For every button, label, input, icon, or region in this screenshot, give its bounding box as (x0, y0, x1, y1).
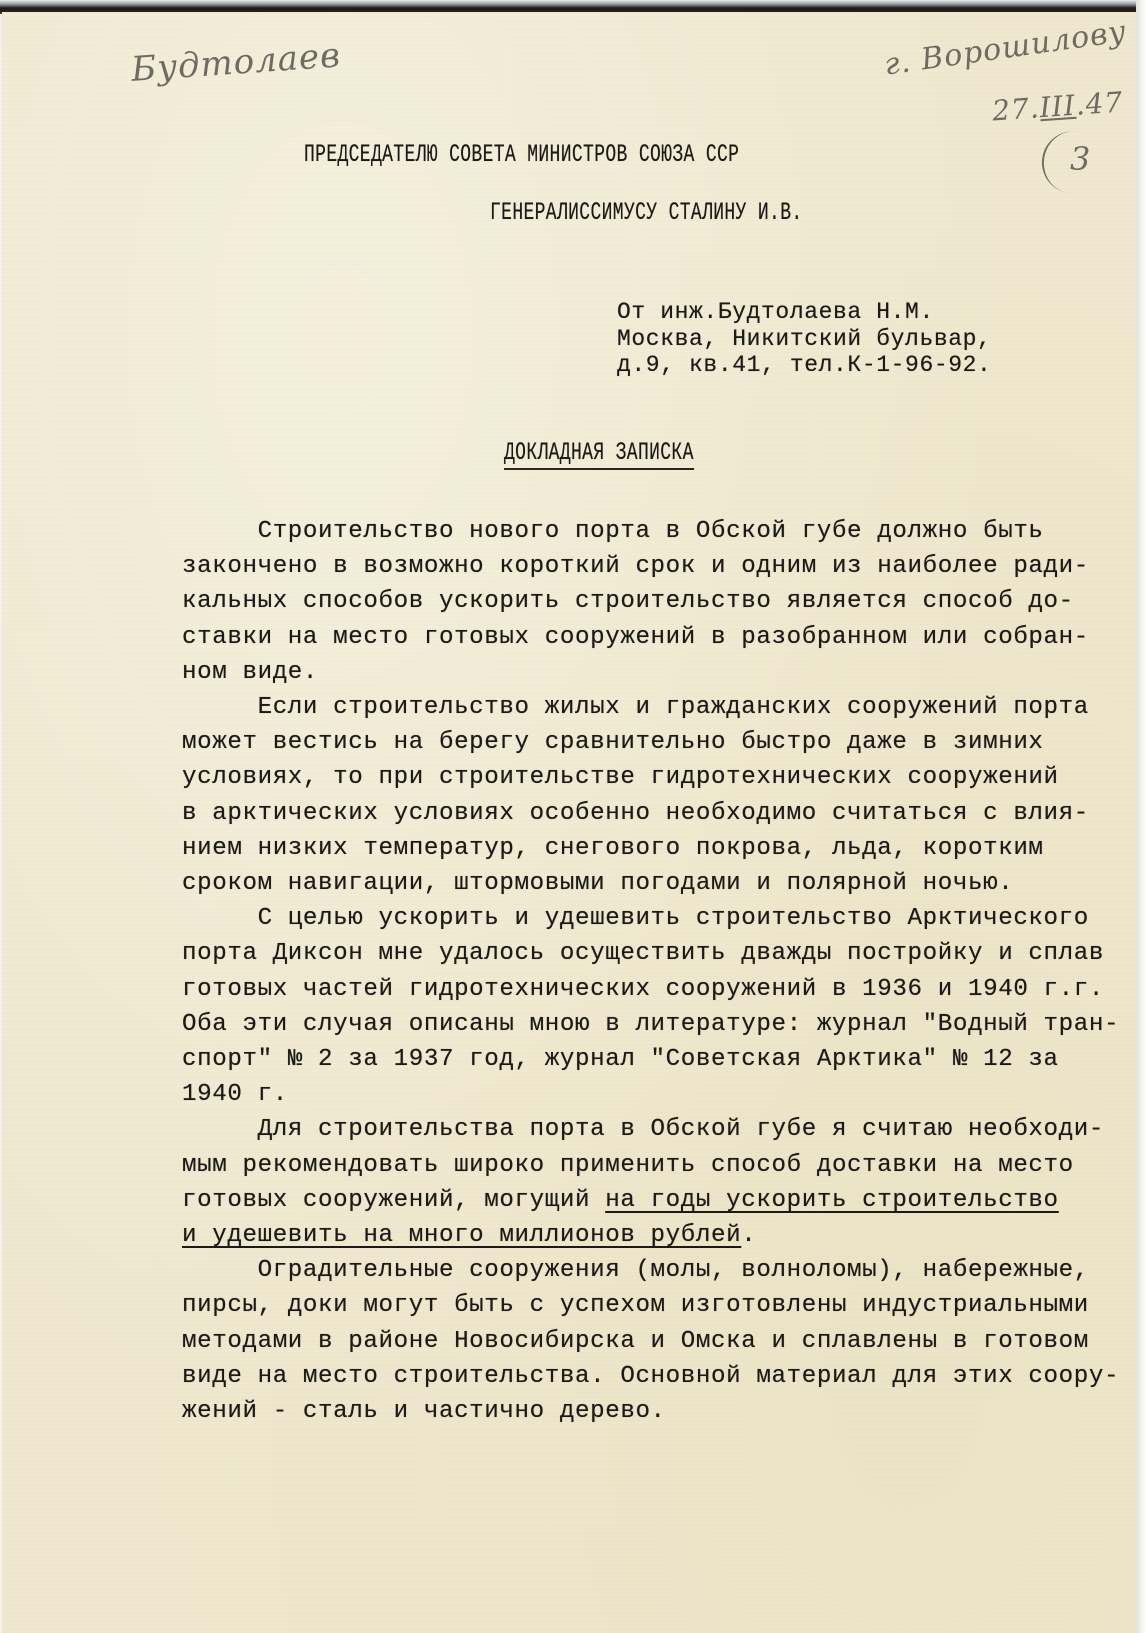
text-run: условиях, то при строительстве гидротехн… (182, 764, 1059, 791)
text-run: пирсы, доки могут быть с успехом изготов… (182, 1292, 1089, 1319)
paper-sheet: Будтолаев г. Ворошилову 27.III.47 3 ПРЕД… (2, 12, 1137, 1633)
text-run: сроком навигации, штормовыми погодами и … (182, 870, 1013, 897)
body-line: Оба эти случая описаны мною в литературе… (182, 1010, 1119, 1040)
body-line: мым рекомендовать широко применить спосо… (182, 1151, 1074, 1181)
text-run: в арктических условиях особенно необходи… (182, 800, 1089, 827)
text-run: готовых сооружений, могущий (182, 1187, 605, 1214)
handwritten-date: 27.III.47 (991, 85, 1124, 127)
body-line: 1940 г. (182, 1080, 288, 1110)
date-year: .47 (1075, 85, 1125, 121)
body-line: ставки на место готовых сооружений в раз… (182, 623, 1089, 653)
text-run: Строительство нового порта в Обской губе… (182, 518, 1044, 545)
addressee-line-2: ГЕНЕРАЛИССИМУСУ СТАЛИНУ И.В. (490, 198, 803, 227)
text-run: виде на место строительства. Основной ма… (182, 1363, 1119, 1390)
body-line: ном виде. (182, 658, 318, 688)
body-line: условиях, то при строительстве гидротехн… (182, 763, 1059, 793)
body-line: порта Диксон мне удалось осуществить два… (182, 939, 1104, 969)
date-day: 27. (991, 91, 1041, 127)
text-run: 1940 г. (182, 1081, 288, 1108)
body-line: сроком навигации, штормовыми погодами и … (182, 869, 1013, 899)
document-scan: Будтолаев г. Ворошилову 27.III.47 3 ПРЕД… (0, 0, 1146, 1633)
body-line: спорт" № 2 за 1937 год, журнал "Советска… (182, 1045, 1059, 1075)
body-line: в арктических условиях особенно необходи… (182, 799, 1089, 829)
text-run: спорт" № 2 за 1937 год, журнал "Советска… (182, 1046, 1059, 1073)
body-line: Строительство нового порта в Обской губе… (182, 517, 1044, 547)
text-run: Оба эти случая описаны мною в литературе… (182, 1011, 1119, 1038)
body-line: методами в районе Новосибирска и Омска и… (182, 1327, 1089, 1357)
body-line: С целью ускорить и удешевить строительст… (182, 904, 1089, 934)
text-run: может вестись на берегу сравнительно быс… (182, 729, 1044, 756)
text-run: мым рекомендовать широко применить спосо… (182, 1152, 1074, 1179)
body-line: Оградительные сооружения (молы, волнолом… (182, 1256, 1089, 1286)
sender-line-3: д.9, кв.41, тел.К-1-96-92. (617, 352, 991, 378)
text-run: порта Диксон мне удалось осуществить два… (182, 940, 1104, 967)
text-run: жений - сталь и частично дерево. (182, 1398, 666, 1425)
text-run: кальных способов ускорить строительство … (182, 588, 1074, 615)
text-run: Если строительство жилых и гражданских с… (182, 694, 1089, 721)
text-run: . (741, 1222, 756, 1249)
body-line: Если строительство жилых и гражданских с… (182, 693, 1089, 723)
body-line: виде на место строительства. Основной ма… (182, 1362, 1119, 1392)
underlined-emphasis: и удешевить на много миллионов рублей (182, 1222, 741, 1249)
text-run: Оградительные сооружения (молы, волнолом… (182, 1257, 1089, 1284)
body-line: и удешевить на много миллионов рублей. (182, 1221, 756, 1251)
addressee-line-1: ПРЕДСЕДАТЕЛЮ СОВЕТА МИНИСТРОВ СОЮЗА ССР (304, 140, 739, 169)
handwritten-note-right: г. Ворошилову (882, 14, 1129, 83)
text-run: закончено в возможно короткий срок и одн… (182, 553, 1089, 580)
text-run: методами в районе Новосибирска и Омска и… (182, 1328, 1089, 1355)
body-line: готовых сооружений, могущий на годы уско… (182, 1186, 1059, 1216)
body-line: закончено в возможно короткий срок и одн… (182, 552, 1089, 582)
handwritten-note-left: Будтолаев (130, 35, 342, 90)
body-line: нием низких температур, снегового покров… (182, 834, 1044, 864)
text-run: С целью ускорить и удешевить строительст… (182, 905, 1089, 932)
body-line: жений - сталь и частично дерево. (182, 1397, 666, 1427)
sender-line-1: От инж.Будтолаева Н.М. (617, 299, 934, 325)
handwritten-page-number: 3 (1070, 140, 1091, 178)
body-line: Для строительства порта в Обской губе я … (182, 1115, 1104, 1145)
text-run: нием низких температур, снегового покров… (182, 835, 1044, 862)
text-run: ставки на место готовых сооружений в раз… (182, 624, 1089, 651)
body-line: может вестись на берегу сравнительно быс… (182, 728, 1044, 758)
body-line: готовых частей гидротехнических сооружен… (182, 975, 1104, 1005)
body-line: пирсы, доки могут быть с успехом изготов… (182, 1291, 1089, 1321)
text-run: ном виде. (182, 659, 318, 686)
date-month: III (1038, 89, 1076, 124)
underlined-emphasis: на годы ускорить строительство (605, 1187, 1058, 1214)
body-line: кальных способов ускорить строительство … (182, 587, 1074, 617)
scanner-right-edge (1136, 0, 1146, 1633)
document-title: ДОКЛАДНАЯ ЗАПИСКА (504, 438, 694, 470)
text-run: готовых частей гидротехнических сооружен… (182, 976, 1104, 1003)
sender-line-2: Москва, Никитский бульвар, (617, 326, 991, 352)
text-run: Для строительства порта в Обской губе я … (182, 1116, 1104, 1143)
